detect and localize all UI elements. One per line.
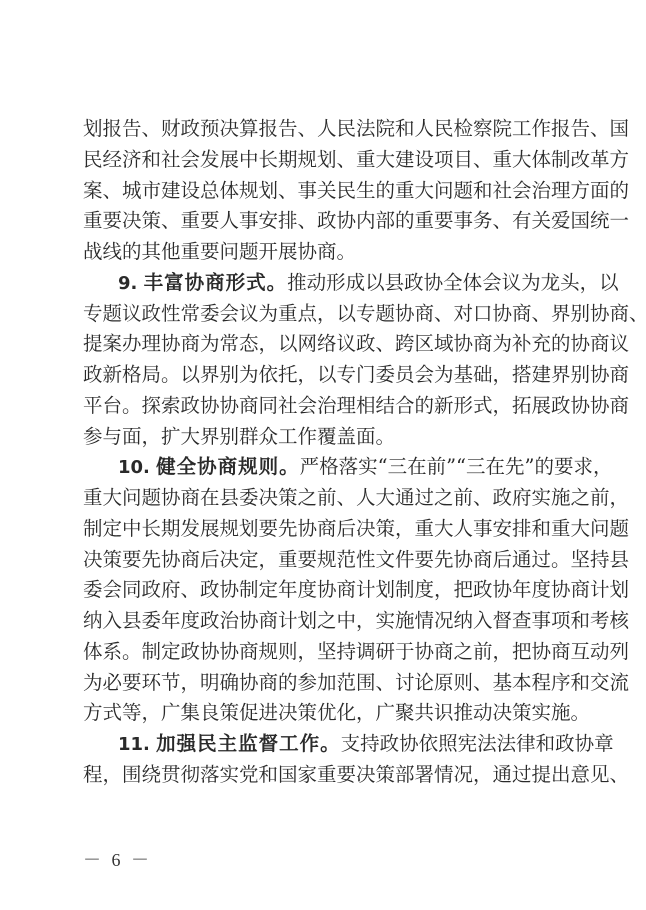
text-line: 方式等，广集良策促进决策优化，广聚共识推动决策实施。	[83, 698, 567, 729]
section-heading: 丰富协商形式。	[144, 271, 288, 294]
text-line: 为必要环节，明确协商的参加范围、讨论原则、基本程序和交流	[83, 668, 567, 699]
section-number: 11.	[118, 734, 150, 755]
text-line: 平台。探索政协协商同社会治理相结合的新形式，拓展政协协商	[83, 391, 567, 422]
text-line: 提案办理协商为常态，以网络议政、跨区域协商为补充的协商议	[83, 329, 567, 360]
text-line: 划报告、财政预决算报告、人民法院和人民检察院工作报告、国	[83, 114, 567, 145]
section-number: 9.	[118, 273, 137, 294]
section-heading: 加强民主监督工作。	[156, 732, 341, 755]
section-11-first-line: 11. 加强民主监督工作。支持政协依照宪法法律和政协章	[83, 729, 567, 760]
document-page: 划报告、财政预决算报告、人民法院和人民检察院工作报告、国 民经济和社会发展中长期…	[0, 0, 646, 910]
section-10-first-line: 10. 健全协商规则。严格落实“三在前”“三在先”的要求，	[83, 452, 567, 483]
document-body: 划报告、财政预决算报告、人民法院和人民检察院工作报告、国 民经济和社会发展中长期…	[83, 114, 567, 791]
text-line: 参与面，扩大界别群众工作覆盖面。	[83, 422, 567, 453]
text-line: 制定中长期发展规划要先协商后决策，重大人事安排和重大问题	[83, 514, 567, 545]
section-number: 10.	[118, 457, 150, 478]
text-line: 专题议政性常委会议为重点，以专题协商、对口协商、界别协商、	[83, 299, 567, 330]
text-line: 委会同政府、政协制定年度协商计划制度，把政协年度协商计划	[83, 575, 567, 606]
section-text: 推动形成以县政协全体会议为龙头，以	[287, 271, 619, 294]
text-line: 重大问题协商在县委决策之前、人大通过之前、政府实施之前，	[83, 483, 567, 514]
text-line: 民经济和社会发展中长期规划、重大建设项目、重大体制改革方	[83, 145, 567, 176]
text-line: 体系。制定政协协商规则，坚持调研于协商之前，把协商互动列	[83, 637, 567, 668]
text-line: 政新格局。以界别为依托，以专门委员会为基础，搭建界别协商	[83, 360, 567, 391]
section-text: 支持政协依照宪法法律和政协章	[341, 732, 614, 755]
text-line: 程，围绕贯彻落实党和国家重要决策部署情况，通过提出意见、	[83, 760, 567, 791]
page-number: － 6 －	[83, 846, 152, 872]
section-heading: 健全协商规则。	[156, 455, 300, 478]
text-line: 战线的其他重要问题开展协商。	[83, 237, 567, 268]
text-line: 重要决策、重要人事安排、政协内部的重要事务、有关爱国统一	[83, 206, 567, 237]
section-9-first-line: 9. 丰富协商形式。推动形成以县政协全体会议为龙头，以	[83, 268, 567, 299]
text-line: 纳入县委年度政治协商计划之中，实施情况纳入督查事项和考核	[83, 606, 567, 637]
text-line: 案、城市建设总体规划、事关民生的重大问题和社会治理方面的	[83, 176, 567, 207]
text-line: 决策要先协商后决定，重要规范性文件要先协商后通过。坚持县	[83, 545, 567, 576]
section-text: 严格落实“三在前”“三在先”的要求，	[300, 455, 613, 478]
